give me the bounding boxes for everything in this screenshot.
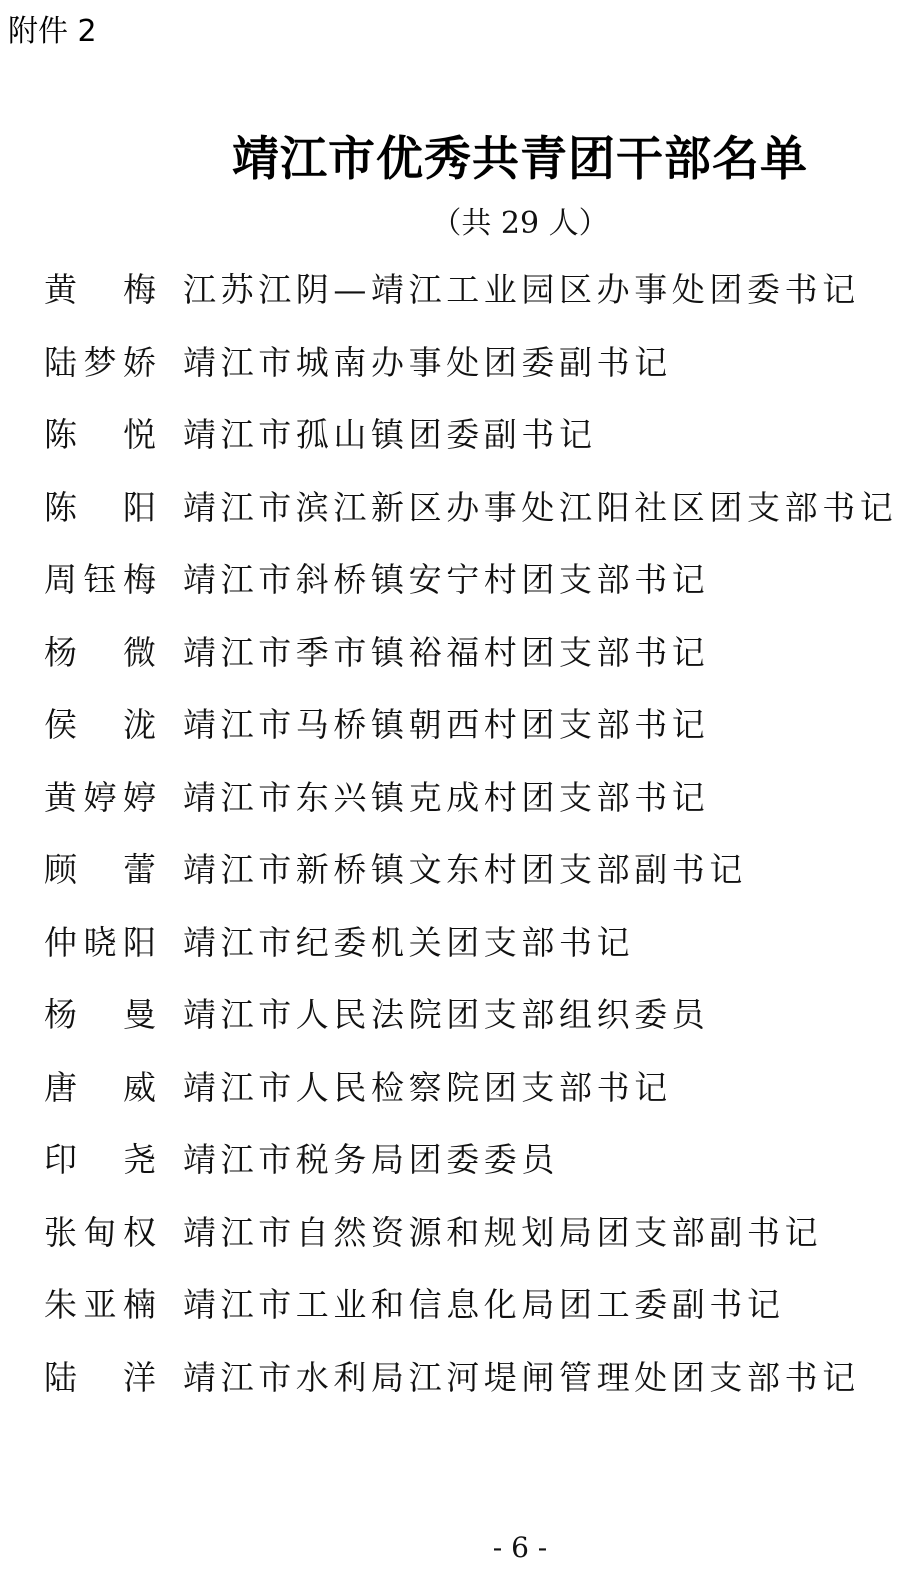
person-position: 靖江市季市镇裕福村团支部书记 [183, 625, 709, 681]
list-item: 杨曼靖江市人民法院团支部组织委员 [0, 987, 900, 1043]
name-character: 钰 [84, 552, 117, 608]
name-character: 杨 [44, 625, 77, 681]
person-name: 杨微 [44, 625, 156, 681]
name-character: 侯 [44, 697, 77, 753]
name-character: 微 [123, 625, 156, 681]
name-character: 阳 [123, 915, 156, 971]
person-name: 侯泷 [44, 697, 156, 753]
list-item: 印尧靖江市税务局团委委员 [0, 1132, 900, 1188]
person-name: 陈悦 [44, 407, 156, 463]
person-position: 江苏江阴—靖江工业园区办事处团委书记 [183, 262, 860, 318]
list-item: 陈阳靖江市滨江新区办事处江阳社区团支部书记 [0, 480, 900, 536]
attachment-label: 附件 2 [8, 12, 97, 52]
name-character: 梦 [84, 335, 117, 391]
name-character: 亚 [84, 1277, 117, 1333]
name-character: 陈 [44, 407, 77, 463]
name-character: 张 [44, 1205, 77, 1261]
name-character: 朱 [44, 1277, 77, 1333]
person-name: 张甸权 [44, 1205, 156, 1261]
name-character: 蕾 [123, 842, 156, 898]
name-character: 仲 [44, 915, 77, 971]
list-item: 陈悦靖江市孤山镇团委副书记 [0, 407, 900, 463]
person-name: 黄梅 [44, 262, 156, 318]
name-character: 黄 [44, 770, 77, 826]
page-title: 靖江市优秀共青团干部名单 [0, 128, 900, 192]
page-number: - 6 - [0, 1528, 900, 1568]
name-character: 阳 [123, 480, 156, 536]
person-position: 靖江市税务局团委委员 [183, 1132, 559, 1188]
person-position: 靖江市人民检察院团支部书记 [183, 1060, 672, 1116]
name-character: 黄 [44, 262, 77, 318]
name-character: 洋 [123, 1350, 156, 1406]
name-character: 梅 [123, 262, 156, 318]
list-item: 杨微靖江市季市镇裕福村团支部书记 [0, 625, 900, 681]
person-name: 周钰梅 [44, 552, 156, 608]
name-character: 甸 [84, 1205, 117, 1261]
person-name: 印尧 [44, 1132, 156, 1188]
list-item: 黄梅江苏江阴—靖江工业园区办事处团委书记 [0, 262, 900, 318]
name-character: 陆 [44, 335, 77, 391]
person-name: 杨曼 [44, 987, 156, 1043]
person-name: 顾蕾 [44, 842, 156, 898]
name-character: 陆 [44, 1350, 77, 1406]
name-character: 悦 [123, 407, 156, 463]
person-position: 靖江市城南办事处团委副书记 [183, 335, 672, 391]
name-character: 婷 [84, 770, 117, 826]
person-position: 靖江市新桥镇文东村团支部副书记 [183, 842, 747, 898]
list-item: 张甸权靖江市自然资源和规划局团支部副书记 [0, 1205, 900, 1261]
person-name: 唐威 [44, 1060, 156, 1116]
person-name: 陆洋 [44, 1350, 156, 1406]
person-position: 靖江市人民法院团支部组织委员 [183, 987, 709, 1043]
total-count-subtitle: （共 29 人） [0, 202, 900, 246]
name-character: 印 [44, 1132, 77, 1188]
person-position: 靖江市纪委机关团支部书记 [183, 915, 634, 971]
list-item: 仲晓阳靖江市纪委机关团支部书记 [0, 915, 900, 971]
name-character: 婷 [123, 770, 156, 826]
person-position: 靖江市水利局江河堤闸管理处团支部书记 [183, 1350, 860, 1406]
name-character: 陈 [44, 480, 77, 536]
name-character: 威 [123, 1060, 156, 1116]
person-position: 靖江市自然资源和规划局团支部副书记 [183, 1205, 822, 1261]
person-name: 黄婷婷 [44, 770, 156, 826]
list-item: 唐威靖江市人民检察院团支部书记 [0, 1060, 900, 1116]
name-character: 周 [44, 552, 77, 608]
person-name: 陈阳 [44, 480, 156, 536]
name-character: 曼 [123, 987, 156, 1043]
person-name: 仲晓阳 [44, 915, 156, 971]
list-item: 陆洋靖江市水利局江河堤闸管理处团支部书记 [0, 1350, 900, 1406]
list-item: 侯泷靖江市马桥镇朝西村团支部书记 [0, 697, 900, 753]
name-character: 晓 [84, 915, 117, 971]
list-item: 朱亚楠靖江市工业和信息化局团工委副书记 [0, 1277, 900, 1333]
person-position: 靖江市斜桥镇安宁村团支部书记 [183, 552, 709, 608]
name-character: 尧 [123, 1132, 156, 1188]
list-item: 顾蕾靖江市新桥镇文东村团支部副书记 [0, 842, 900, 898]
name-character: 梅 [123, 552, 156, 608]
list-item: 周钰梅靖江市斜桥镇安宁村团支部书记 [0, 552, 900, 608]
name-character: 娇 [123, 335, 156, 391]
name-character: 顾 [44, 842, 77, 898]
person-name: 陆梦娇 [44, 335, 156, 391]
name-character: 权 [123, 1205, 156, 1261]
name-character: 楠 [123, 1277, 156, 1333]
person-position: 靖江市马桥镇朝西村团支部书记 [183, 697, 709, 753]
person-position: 靖江市工业和信息化局团工委副书记 [183, 1277, 785, 1333]
name-character: 唐 [44, 1060, 77, 1116]
list-item: 黄婷婷靖江市东兴镇克成村团支部书记 [0, 770, 900, 826]
person-position: 靖江市滨江新区办事处江阳社区团支部书记 [183, 480, 897, 536]
name-character: 杨 [44, 987, 77, 1043]
name-character: 泷 [123, 697, 156, 753]
list-item: 陆梦娇靖江市城南办事处团委副书记 [0, 335, 900, 391]
person-name: 朱亚楠 [44, 1277, 156, 1333]
person-position: 靖江市孤山镇团委副书记 [183, 407, 597, 463]
person-position: 靖江市东兴镇克成村团支部书记 [183, 770, 709, 826]
